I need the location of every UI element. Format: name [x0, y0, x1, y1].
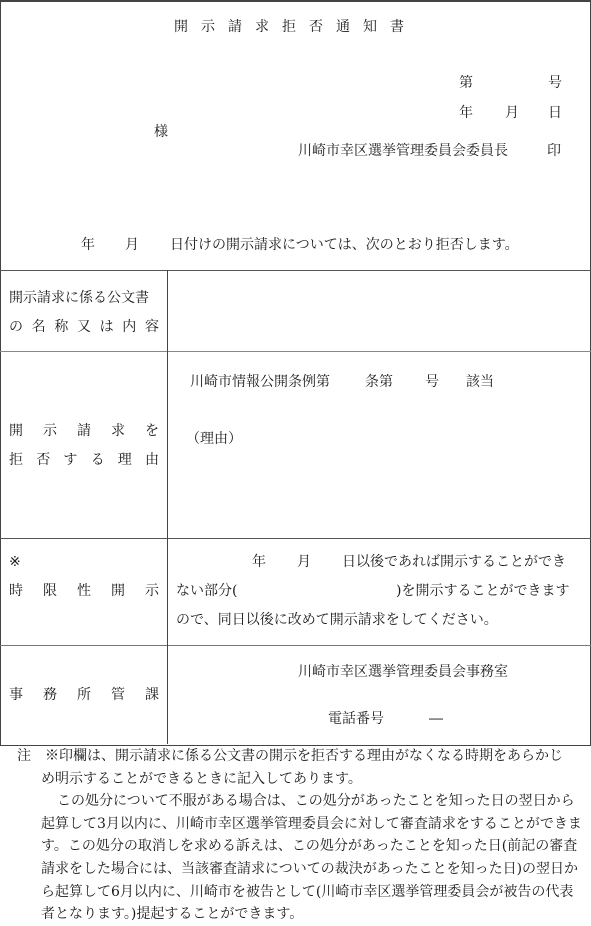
- label-char: 限: [43, 583, 57, 599]
- label-char: 求: [111, 423, 125, 439]
- label-char: 示: [43, 423, 57, 439]
- notice-form-frame: [0, 0, 591, 746]
- note-line-5: す。この処分の取消しを求める訴えは、この処分があったことを知った日(前記の審査: [17, 835, 583, 858]
- phone-value: ―: [429, 711, 443, 727]
- label-char: 又: [77, 319, 91, 335]
- row3-label-mark: ※: [9, 554, 21, 570]
- label-char: 請: [77, 423, 91, 439]
- number-label-go: 号: [548, 75, 562, 91]
- label-char: 所: [77, 687, 91, 703]
- note-text: ※印欄は、開示請求に係る公文書の開示を拒否する理由がなくなる時期をあらかじ: [45, 748, 563, 764]
- time-limit-line2-start: ない部分(: [176, 583, 237, 599]
- intro-text: 日付けの開示請求については、次のとおり拒否します。: [170, 237, 519, 253]
- row1-content-area[interactable]: [168, 271, 590, 351]
- label-char: 時: [9, 583, 23, 599]
- label-char: 由: [145, 452, 159, 468]
- number-label-dai: 第: [459, 75, 473, 91]
- row1-label-line1: 開示請求に係る公文書: [9, 290, 159, 306]
- label-char: 性: [77, 583, 91, 599]
- note-line-4: 起算して3月以内に、川崎市幸区選挙管理委員会に対して審査請求をすることができま: [17, 813, 583, 836]
- label-char: 拒: [9, 452, 23, 468]
- label-char: 課: [145, 687, 159, 703]
- note-line-3: この処分について不服がある場合は、この処分があったことを知った日の翌日から: [17, 790, 583, 813]
- seal-mark: 印: [547, 143, 561, 159]
- note-line-1: 注※印欄は、開示請求に係る公文書の開示を拒否する理由がなくなる時期をあらかじ: [17, 745, 583, 768]
- label-char: を: [145, 423, 159, 439]
- date-month-label: 月: [505, 105, 519, 121]
- addressee-suffix: 様: [154, 124, 168, 140]
- phone-label: 電話番号: [328, 711, 384, 727]
- reason-label: （理由）: [186, 431, 242, 447]
- row4-label: 事務所管課: [9, 687, 159, 703]
- row2-label-line1: 開示請求を: [9, 423, 159, 439]
- row-divider-1: [0, 351, 591, 352]
- note-line-8: 者となります。)提起することができます。: [17, 903, 583, 926]
- ordinance-applicable: 該当: [466, 374, 494, 390]
- label-char: の: [9, 319, 23, 335]
- office-name: 川崎市幸区選挙管理委員会事務室: [298, 664, 508, 680]
- note-prefix: 注: [17, 748, 31, 764]
- label-char: 開: [111, 583, 125, 599]
- label-char: は: [100, 319, 114, 335]
- row-divider-2: [0, 538, 591, 539]
- label-char: 管: [111, 687, 125, 703]
- notes-section: 注※印欄は、開示請求に係る公文書の開示を拒否する理由がなくなる時期をあらかじ め…: [17, 745, 583, 926]
- label-char: 称: [54, 319, 68, 335]
- reason-content-area[interactable]: [168, 455, 590, 537]
- ordinance-prefix: 川崎市情報公開条例第: [190, 374, 330, 390]
- document-title: 開示請求拒否通知書: [0, 19, 591, 35]
- label-char: 内: [122, 319, 136, 335]
- intro-month: 月: [125, 237, 139, 253]
- row1-label-line2: の名称又は内容: [9, 319, 159, 335]
- label-char: 名: [32, 319, 46, 335]
- label-char: 容: [145, 319, 159, 335]
- issuer-name: 川崎市幸区選挙管理委員会委員長: [298, 143, 508, 159]
- row3-label: 時限性開示: [9, 583, 159, 599]
- row2-label-line2: 拒否する理由: [9, 452, 159, 468]
- label-char: 務: [43, 687, 57, 703]
- note-line-2: め明示することができるときに記入してあります。: [17, 768, 583, 791]
- date-day-label: 日: [548, 105, 562, 121]
- label-char: す: [63, 452, 77, 468]
- note-line-6: 請求をした場合には、当該審査請求についての裁決があったことを知った日)の翌日か: [17, 858, 583, 881]
- time-limit-year: 年: [252, 554, 266, 570]
- time-limit-line1: 日以後であれば開示することができ: [342, 554, 566, 570]
- label-char: 否: [36, 452, 50, 468]
- time-limit-line3: ので、同日以後に改めて開示請求をしてください。: [176, 612, 498, 628]
- label-char: 事: [9, 687, 23, 703]
- ordinance-item: 号: [425, 374, 439, 390]
- label-char: 示: [145, 583, 159, 599]
- row-divider-3: [0, 645, 591, 646]
- date-year-label: 年: [459, 105, 473, 121]
- label-char: 開: [9, 423, 23, 439]
- label-char: る: [91, 452, 105, 468]
- intro-year: 年: [81, 237, 95, 253]
- time-limit-line2-end: )を開示することができます: [396, 583, 569, 599]
- label-char: 理: [118, 452, 132, 468]
- note-line-7: ら起算して6月以内に、川崎市を被告として(川崎市幸区選挙管理委員会が被告の代表: [17, 881, 583, 904]
- time-limit-month: 月: [297, 554, 311, 570]
- ordinance-article: 条第: [365, 374, 393, 390]
